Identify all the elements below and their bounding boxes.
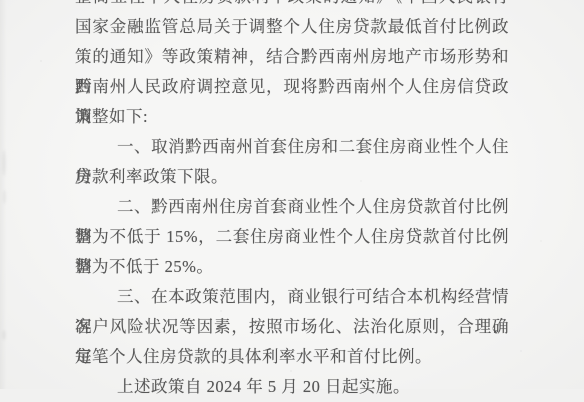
document-text-block: 整商业性个人住房贷款利率政策的通知》《中国人民银行国家金融监管总局关于调整个人住… xyxy=(75,0,509,389)
text-line: 整为不低于 15%，二套住房商业性个人住房贷款首付比例调 xyxy=(75,222,509,252)
text-line: 上述政策自 2024 年 5 月 20 日起实施。 xyxy=(75,372,509,389)
text-line: 三、在本政策范围内，商业银行可结合本机构经营情况、 xyxy=(75,282,509,312)
text-line: 整商业性个人住房贷款利率政策的通知》《中国人民银行 xyxy=(75,0,509,12)
text-line: 二、黔西南州住房首套商业性个人住房贷款首付比例调 xyxy=(75,192,509,222)
text-line: 客户风险状况等因素，按照市场化、法治化原则，合理确定 xyxy=(75,312,509,342)
text-line: 策的通知》等政策精神，结合黔西南州房地产市场形势和黔 xyxy=(75,42,509,72)
text-line: 一、取消黔西南州首套住房和二套住房商业性个人住房 xyxy=(75,132,509,162)
text-line: 贷款利率政策下限。 xyxy=(75,162,509,192)
text-line: 国家金融监管总局关于调整个人住房贷款最低首付比例政 xyxy=(75,12,509,42)
scan-smudge xyxy=(2,150,6,176)
text-line: 调整如下: xyxy=(75,102,509,132)
scan-smudge xyxy=(3,190,6,204)
text-line: 西南州人民政府调控意见，现将黔西南州个人住房信贷政策 xyxy=(75,72,509,102)
text-line: 每笔个人住房贷款的具体利率水平和首付比例。 xyxy=(75,342,509,372)
scan-smudge xyxy=(2,330,6,340)
scan-noise xyxy=(40,60,42,62)
scanned-document-page: 整商业性个人住房贷款利率政策的通知》《中国人民银行国家金融监管总局关于调整个人住… xyxy=(0,0,584,389)
text-line: 整为不低于 25%。 xyxy=(75,252,509,282)
